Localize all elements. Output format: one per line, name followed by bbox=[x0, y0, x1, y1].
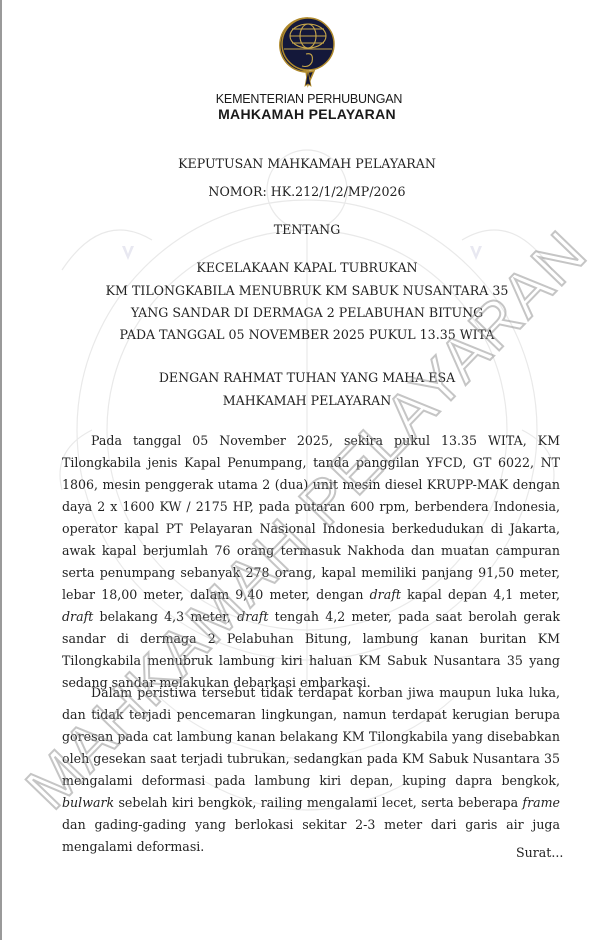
paragraph-damage: Dalam peristiwa tersebut tidak terdapat … bbox=[62, 682, 560, 858]
paragraph-incident: Pada tanggal 05 November 2025, sekira pu… bbox=[62, 430, 560, 694]
continuation-text: Surat... bbox=[516, 845, 563, 860]
subject-line-2: KM TILONGKABILA MENUBRUK KM SABUK NUSANT… bbox=[2, 283, 610, 298]
document-page: KEMENTERIAN PERHUBUNGAN MAHKAMAH PELAYAR… bbox=[0, 0, 610, 940]
decision-number: NOMOR: HK.212/1/2/MP/2026 bbox=[2, 184, 610, 199]
institution-name: MAHKAMAH PELAYARAN bbox=[2, 106, 610, 122]
issuer: MAHKAMAH PELAYARAN bbox=[2, 393, 610, 408]
subject-line-4: PADA TANGGAL 05 NOVEMBER 2025 PUKUL 13.3… bbox=[2, 327, 610, 342]
about-heading: TENTANG bbox=[2, 222, 610, 237]
ministry-emblem-icon bbox=[278, 16, 338, 88]
subject-line-1: KECELAKAAN KAPAL TUBRUKAN bbox=[2, 260, 610, 275]
subject-line-3: YANG SANDAR DI DERMAGA 2 PELABUHAN BITUN… bbox=[2, 305, 610, 320]
ministry-name: KEMENTERIAN PERHUBUNGAN bbox=[2, 92, 610, 106]
invocation: DENGAN RAHMAT TUHAN YANG MAHA ESA bbox=[2, 370, 610, 385]
decision-title: KEPUTUSAN MAHKAMAH PELAYARAN bbox=[2, 156, 610, 171]
